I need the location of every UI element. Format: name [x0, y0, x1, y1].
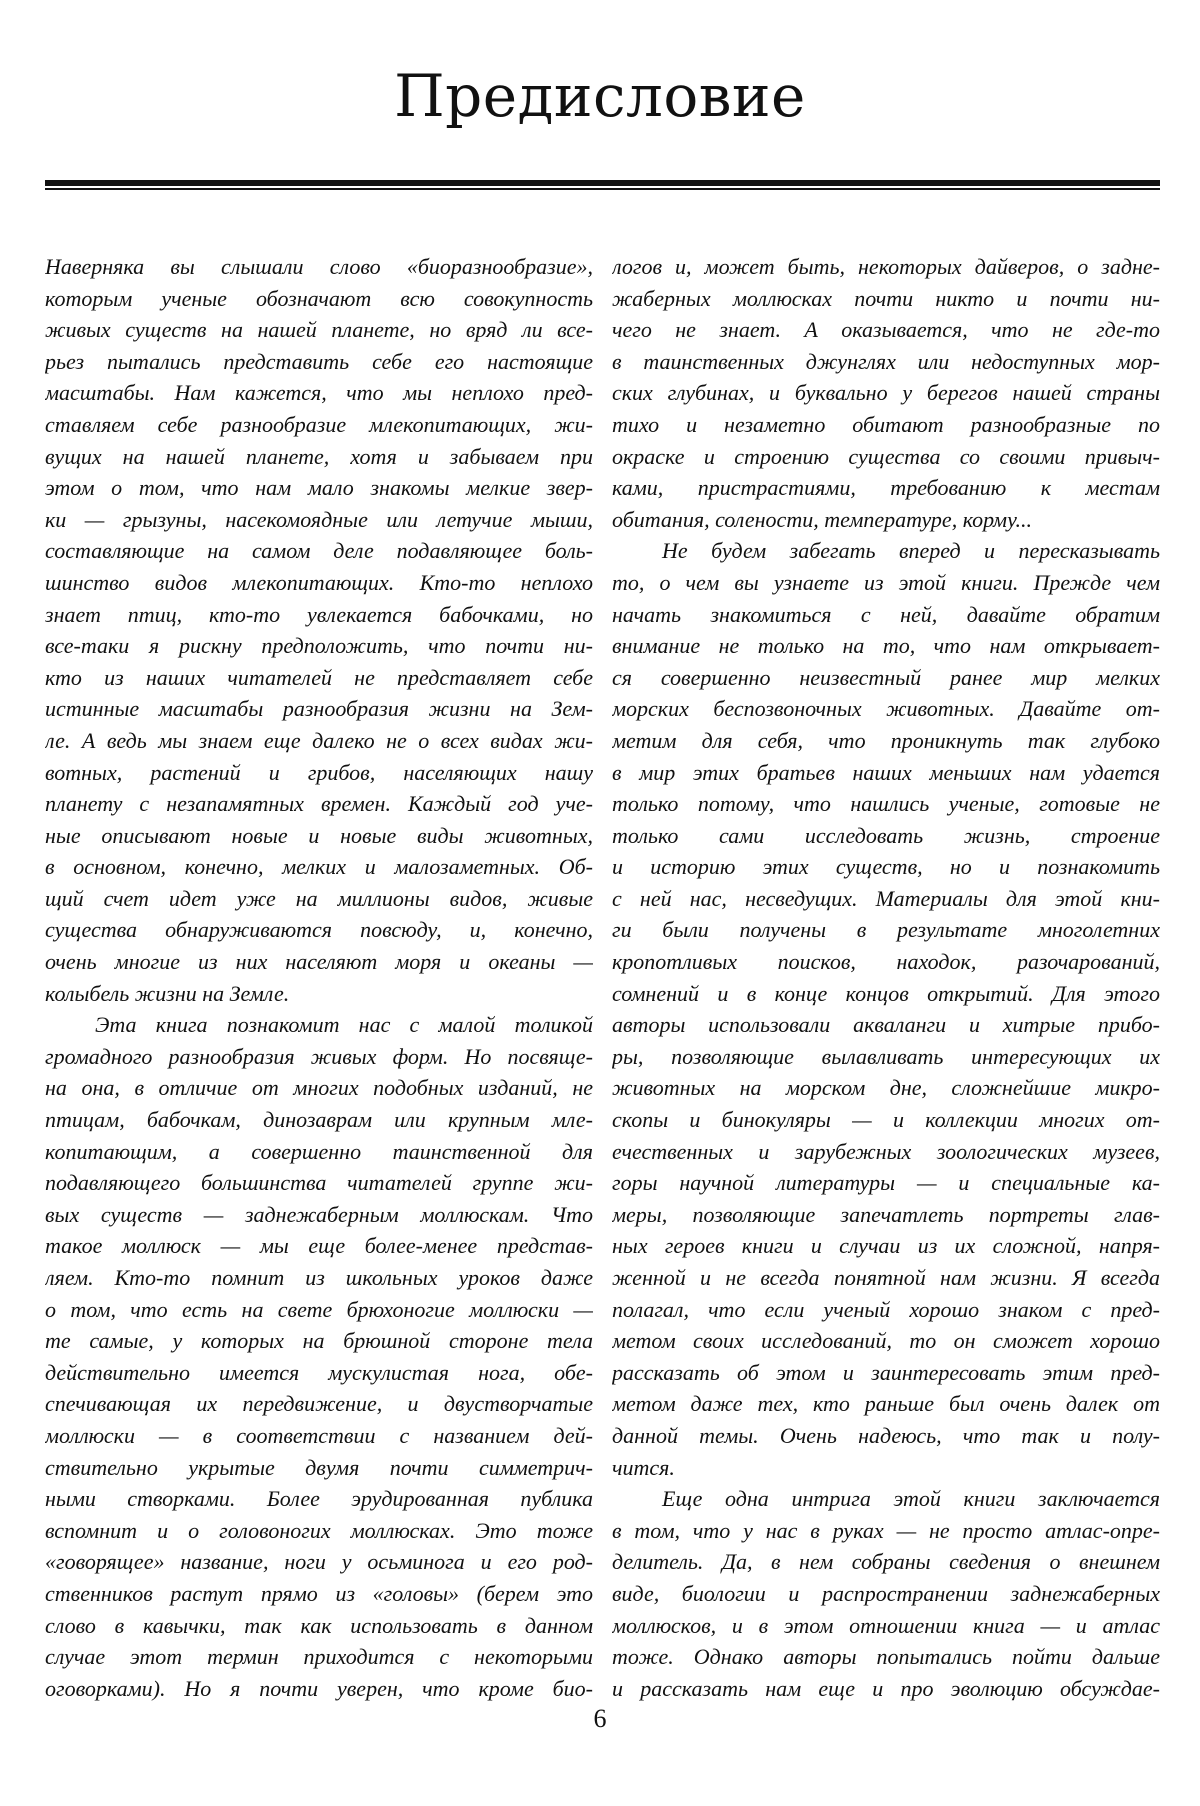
text-line: о том, что есть на свете брюхоногие молл…: [45, 1294, 593, 1326]
text-line: горы научной литературы — и специальные …: [612, 1167, 1160, 1199]
text-line: ствительно укрытые двумя почти симметрич…: [45, 1452, 593, 1484]
text-line: вотных, растений и грибов, населяющих на…: [45, 757, 593, 789]
text-line: в таинственных джунглях или недоступных …: [612, 346, 1160, 378]
text-line: ками, пристрастиями, требованию к местам: [612, 472, 1160, 504]
left-text-column: Наверняка вы слышали слово «биоразнообра…: [45, 251, 593, 1704]
text-line: этом о том, что нам мало знакомы мелкие …: [45, 472, 593, 504]
text-line: метим для себя, что проникнуть так глубо…: [612, 725, 1160, 757]
title-rule-thin: [45, 188, 1160, 190]
text-line: планету с незапамятных времен. Каждый го…: [45, 788, 593, 820]
text-line: обитания, солености, температуре, корму.…: [612, 504, 1160, 536]
text-line: ги были получены в результате многолетни…: [612, 914, 1160, 946]
text-line: тихо и незаметно обитают разнообразные п…: [612, 409, 1160, 441]
text-line: слово в кавычки, так как использовать в …: [45, 1610, 593, 1642]
text-line: в мир этих братьев наших меньших нам уда…: [612, 757, 1160, 789]
text-line: ные описывают новые и новые виды животны…: [45, 820, 593, 852]
text-line: и историю этих существ, но и познакомить: [612, 851, 1160, 883]
text-line: жаберных моллюсках почти никто и почти н…: [612, 283, 1160, 315]
text-line: составляющие на самом деле подавляющее б…: [45, 535, 593, 567]
text-line: оговорками). Но я почти уверен, что кром…: [45, 1673, 593, 1705]
text-line: вых существ — заднежаберным моллюскам. Ч…: [45, 1199, 593, 1231]
text-line: и рассказать нам еще и про эволюцию обсу…: [612, 1673, 1160, 1705]
text-line: чится.: [612, 1452, 1160, 1484]
text-line: ственников растут прямо из «головы» (бер…: [45, 1578, 593, 1610]
text-line: морских беспозвоночных животных. Давайте…: [612, 693, 1160, 725]
text-line: шинство видов млекопитающих. Кто-то непл…: [45, 567, 593, 599]
text-line: Не будем забегать вперед и пересказывать: [612, 535, 1160, 567]
text-line: метом своих исследований, то он сможет х…: [612, 1325, 1160, 1357]
text-line: чего не знает. А оказывается, что не где…: [612, 314, 1160, 346]
text-line: те самые, у которых на брюшной стороне т…: [45, 1325, 593, 1357]
text-line: щий счет идет уже на миллионы видов, жив…: [45, 883, 593, 915]
text-line: ляем. Кто-то помнит из школьных уроков д…: [45, 1262, 593, 1294]
page-number: 6: [0, 1704, 1200, 1734]
text-line: окраске и строению существа со своими пр…: [612, 441, 1160, 473]
text-line: Еще одна интрига этой книги заключается: [612, 1483, 1160, 1515]
text-line: очень многие из них населяют моря и океа…: [45, 946, 593, 978]
text-line: копитающим, а совершенно таинственной дл…: [45, 1136, 593, 1168]
text-line: громадного разнообразия живых форм. Но п…: [45, 1041, 593, 1073]
text-line: то, о чем вы узнаете из этой книги. Преж…: [612, 567, 1160, 599]
text-line: ных героев книги и случаи из их сложной,…: [612, 1230, 1160, 1262]
text-line: данной темы. Очень надеюсь, что так и по…: [612, 1420, 1160, 1452]
text-line: вспомнит и о головоногих моллюсках. Это …: [45, 1515, 593, 1547]
text-line: Эта книга познакомит нас с малой толикой: [45, 1009, 593, 1041]
text-line: логов и, может быть, некоторых дайверов,…: [612, 251, 1160, 283]
text-line: ставляем себе разнообразие млекопитающих…: [45, 409, 593, 441]
text-line: ечественных и зарубежных зоологических м…: [612, 1136, 1160, 1168]
text-line: такое моллюск — мы еще более-менее предс…: [45, 1230, 593, 1262]
text-line: на она, в отличие от многих подобных изд…: [45, 1072, 593, 1104]
text-line: спечивающая их передвижение, и двустворч…: [45, 1388, 593, 1420]
text-line: ских глубинах, и буквально у берегов наш…: [612, 377, 1160, 409]
text-line: полагал, что если ученый хорошо знаком с…: [612, 1294, 1160, 1326]
text-line: все-таки я рискну предположить, что почт…: [45, 630, 593, 662]
text-line: птицам, бабочкам, динозаврам или крупным…: [45, 1104, 593, 1136]
text-line: масштабы. Нам кажется, что мы неплохо пр…: [45, 377, 593, 409]
text-line: авторы использовали акваланги и хитрые п…: [612, 1009, 1160, 1041]
text-line: виде, биологии и распространении заднежа…: [612, 1578, 1160, 1610]
text-line: в том, что у нас в руках — не просто атл…: [612, 1515, 1160, 1547]
text-line: в основном, конечно, мелких и малозаметн…: [45, 851, 593, 883]
text-line: тоже. Однако авторы попытались пойти дал…: [612, 1641, 1160, 1673]
text-line: действительно имеется мускулистая нога, …: [45, 1357, 593, 1389]
text-line: «говорящее» название, ноги у осьминога и…: [45, 1546, 593, 1578]
text-line: женной и не всегда понятной нам жизни. Я…: [612, 1262, 1160, 1294]
text-line: начать знакомиться с ней, давайте обрати…: [612, 599, 1160, 631]
text-line: животных на морском дне, сложнейшие микр…: [612, 1072, 1160, 1104]
text-line: с ней нас, несведущих. Материалы для это…: [612, 883, 1160, 915]
text-line: ле. А ведь мы знаем еще далеко не о всех…: [45, 725, 593, 757]
text-line: случае этот термин приходится с некоторы…: [45, 1641, 593, 1673]
text-line: только сами исследовать жизнь, строение: [612, 820, 1160, 852]
text-line: моллюсков, и в этом отношении книга — и …: [612, 1610, 1160, 1642]
text-line: подавляющего большинства читателей групп…: [45, 1167, 593, 1199]
right-text-column: логов и, может быть, некоторых дайверов,…: [612, 251, 1160, 1704]
text-line: делитель. Да, в нем собраны сведения о в…: [612, 1546, 1160, 1578]
text-line: скопы и бинокуляры — и коллекции многих …: [612, 1104, 1160, 1136]
page-title: Предисловие: [0, 62, 1200, 130]
text-line: ры, позволяющие вылавливать интересующих…: [612, 1041, 1160, 1073]
text-line: ся совершенно неизвестный ранее мир мелк…: [612, 662, 1160, 694]
text-line: кто из наших читателей не представляет с…: [45, 662, 593, 694]
text-line: существа обнаруживаются повсюду, и, коне…: [45, 914, 593, 946]
text-line: ки — грызуны, насекомоядные или летучие …: [45, 504, 593, 536]
text-line: внимание не только на то, что нам открыв…: [612, 630, 1160, 662]
text-line: знает птиц, кто-то увлекается бабочками,…: [45, 599, 593, 631]
text-line: ными створками. Более эрудированная публ…: [45, 1483, 593, 1515]
text-line: которым ученые обозначают всю совокупнос…: [45, 283, 593, 315]
text-line: метом даже тех, кто раньше был очень дал…: [612, 1388, 1160, 1420]
text-line: кропотливых поисков, находок, разочарова…: [612, 946, 1160, 978]
text-line: только потому, что нашлись ученые, готов…: [612, 788, 1160, 820]
text-line: моллюски — в соответствии с названием де…: [45, 1420, 593, 1452]
text-line: рьез пытались представить себе его насто…: [45, 346, 593, 378]
text-line: живых существ на нашей планете, но вряд …: [45, 314, 593, 346]
text-line: истинные масштабы разнообразия жизни на …: [45, 693, 593, 725]
title-rule-thick: [45, 180, 1160, 186]
text-line: колыбель жизни на Земле.: [45, 978, 593, 1010]
text-line: вущих на нашей планете, хотя и забываем …: [45, 441, 593, 473]
text-line: рассказать об этом и заинтересовать этим…: [612, 1357, 1160, 1389]
text-line: меры, позволяющие запечатлеть портреты г…: [612, 1199, 1160, 1231]
text-line: сомнений и в конце концов открытий. Для …: [612, 978, 1160, 1010]
text-line: Наверняка вы слышали слово «биоразнообра…: [45, 251, 593, 283]
